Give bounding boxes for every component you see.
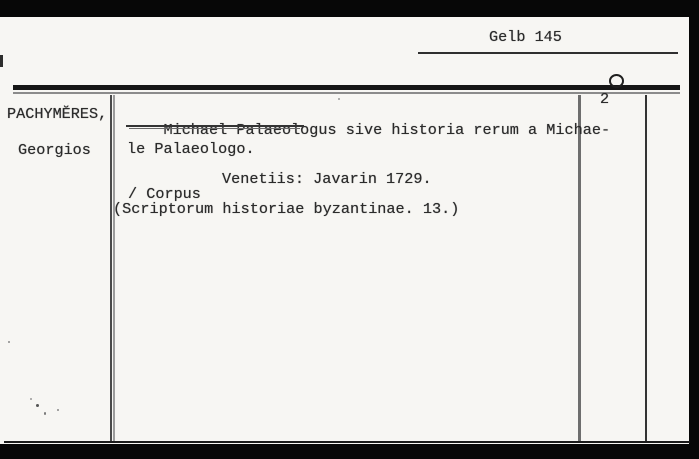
scan-speckle	[8, 341, 10, 343]
author-forename: Georgios	[18, 142, 91, 158]
double-rule-thick	[13, 85, 680, 90]
title-underlined-part: Michael Palaeologus	[163, 121, 336, 139]
right-column-rule-dark	[645, 95, 647, 443]
title-underline-stroke2	[129, 128, 300, 129]
scan-speckle	[36, 404, 39, 407]
double-rule-thin	[13, 92, 680, 94]
scan-border-right	[689, 0, 699, 459]
title-underline-stroke1	[126, 125, 304, 127]
series-statement: (Scriptorum historiae byzantinae. 13.)	[113, 201, 459, 217]
catalog-card-scan: Gelb 145 2 PACHYMĔRES, Georgios Michael …	[0, 0, 699, 459]
title-line1-rest: sive historia rerum a Michae-	[337, 121, 610, 139]
scan-border-bottom	[0, 444, 699, 459]
title-line2: le Palaeologo.	[127, 141, 255, 157]
circle-mark	[609, 74, 624, 88]
scan-speckle	[44, 412, 46, 415]
scan-speckle	[338, 98, 340, 100]
shelfmark: Gelb 145	[489, 29, 562, 45]
copy-number: 2	[600, 91, 609, 107]
imprint: Venetiis: Javarin 1729.	[222, 171, 432, 187]
author-separator-gray	[113, 95, 115, 443]
scan-speckle	[57, 409, 59, 411]
author-surname: PACHYMĔRES,	[7, 106, 107, 122]
scan-border-top	[0, 0, 699, 17]
scan-speckle	[0, 55, 3, 67]
shelfmark-underline	[418, 52, 678, 54]
card-bottom-rule	[4, 441, 690, 443]
author-separator-dark	[110, 95, 112, 443]
scan-speckle	[30, 398, 32, 400]
